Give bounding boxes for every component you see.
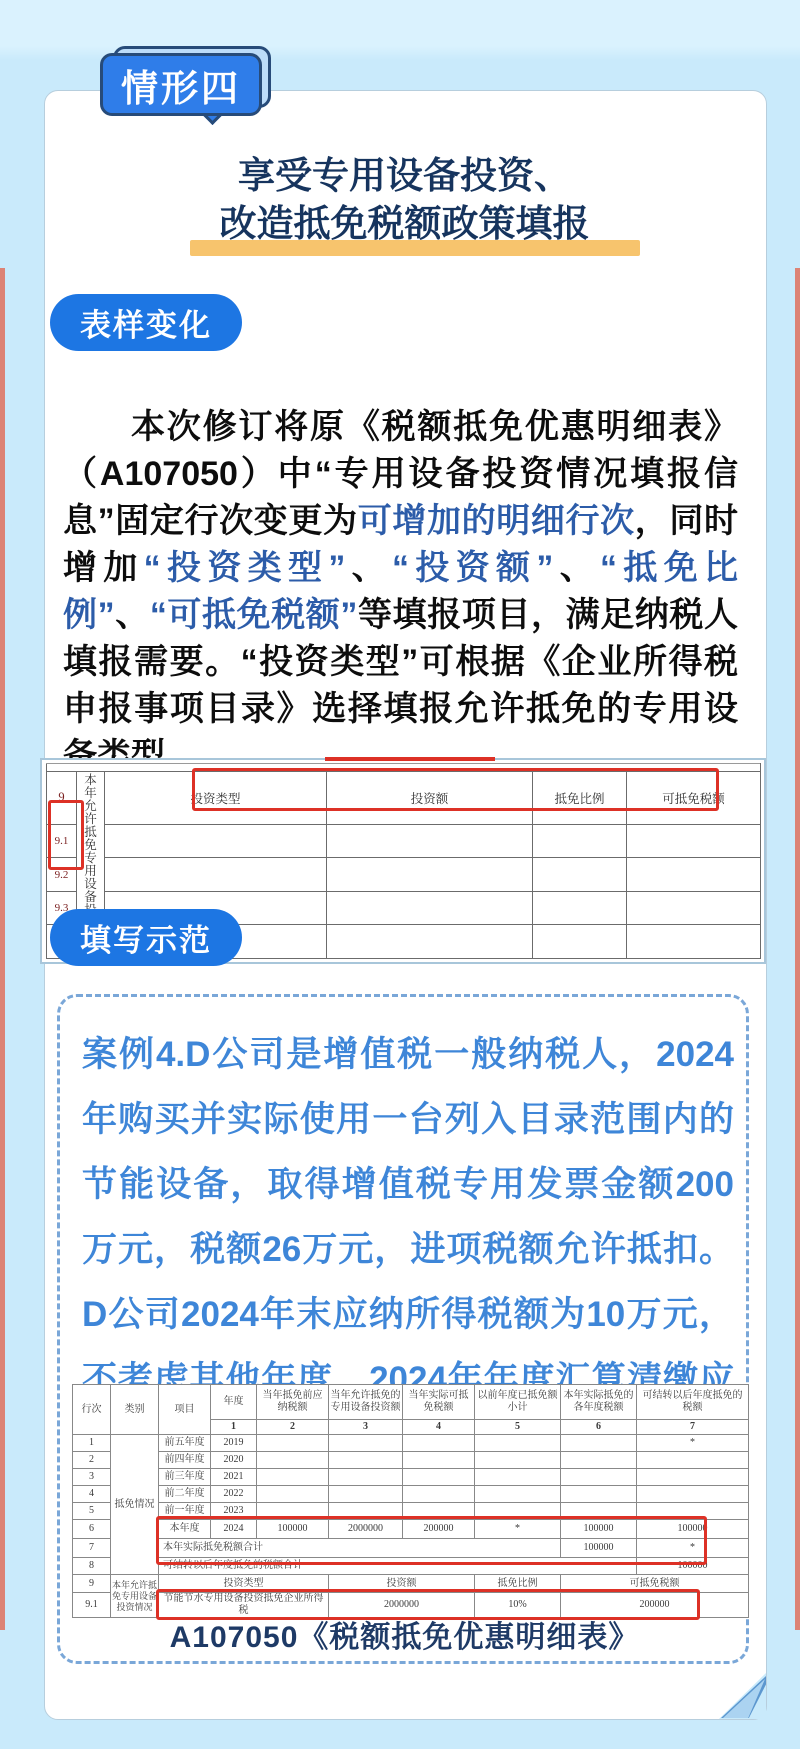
red-highlight-current-year-rows: [156, 1516, 707, 1565]
header-col6: 本年实际抵免的各年度税额: [561, 1385, 637, 1420]
overview-emphasis: “投资额”: [392, 549, 553, 587]
red-highlight-fragment: [325, 757, 495, 761]
value: [403, 1452, 475, 1469]
table-row-9-1: 9.1: [47, 824, 761, 858]
col-number: 2: [257, 1420, 329, 1435]
overview-emphasis: “可抵免税额”: [150, 596, 358, 634]
category-credit-status: 抵免情况: [111, 1435, 159, 1575]
year: 2021: [211, 1469, 257, 1486]
section-badge-layout-change: 表样变化: [50, 294, 242, 351]
empty-cell: [533, 858, 627, 892]
row-no: 1: [73, 1435, 111, 1452]
row-no: 7: [73, 1539, 111, 1558]
overview-emphasis: 可增加的明细行次: [358, 502, 635, 540]
table-row-4: 4 前二年度 2022: [73, 1486, 749, 1503]
header-col3: 当年允许抵免的专用设备投资额: [329, 1385, 403, 1420]
row-no: 8: [73, 1558, 111, 1575]
value: [329, 1435, 403, 1452]
value: [257, 1486, 329, 1503]
year: 2022: [211, 1486, 257, 1503]
header-col7: 可结转以后年度抵免的税额: [637, 1385, 749, 1420]
header-col4: 当年实际可抵免税额: [403, 1385, 475, 1420]
value: [561, 1469, 637, 1486]
value: [403, 1435, 475, 1452]
col-number: 1: [211, 1420, 257, 1435]
value: [475, 1435, 561, 1452]
empty-cell: [327, 824, 533, 858]
row-no: 3: [73, 1469, 111, 1486]
overview-paragraph: 本次修订将原《税额抵免优惠明细表》（A107050）中“专用设备投资情况填报信息…: [63, 404, 738, 780]
right-edge-marker: [795, 268, 800, 1630]
overview-text: 、: [553, 549, 600, 587]
page-title-line1: 享受专用设备投资、: [44, 152, 765, 200]
empty-cell: [533, 891, 627, 925]
red-highlight-row-numbers: [48, 800, 84, 870]
header-col5: 以前年度已抵免额小计: [475, 1385, 561, 1420]
table-row-1: 1 抵免情况 前五年度 2019 *: [73, 1435, 749, 1452]
header-row-no: 行次: [73, 1385, 111, 1435]
value: [329, 1469, 403, 1486]
value: *: [637, 1435, 749, 1452]
item: 前二年度: [159, 1486, 211, 1503]
header-item: 项目: [159, 1385, 211, 1435]
table-row-9-2: 9.2: [47, 858, 761, 892]
empty-cell: [105, 858, 327, 892]
table-a107050: 行次 类别 项目 年度 当年抵免前应纳税额 当年允许抵免的专用设备投资额 当年实…: [72, 1384, 749, 1618]
value: [475, 1452, 561, 1469]
value: [475, 1469, 561, 1486]
scenario-badge: 情形四: [100, 46, 280, 138]
page-title-line2: 改造抵免税额政策填报: [44, 200, 765, 248]
empty-cell: [627, 824, 761, 858]
value: [329, 1452, 403, 1469]
filled-form-table: 行次 类别 项目 年度 当年抵免前应纳税额 当年允许抵免的专用设备投资额 当年实…: [72, 1384, 748, 1618]
value: [637, 1486, 749, 1503]
item: 前五年度: [159, 1435, 211, 1452]
value: [637, 1469, 749, 1486]
value: [329, 1486, 403, 1503]
col-number: 4: [403, 1420, 475, 1435]
value: [257, 1469, 329, 1486]
value: [403, 1486, 475, 1503]
empty-cell: [105, 824, 327, 858]
overview-emphasis: “投资类型”: [144, 549, 346, 587]
empty-cell: [627, 858, 761, 892]
table-header-row: 行次 类别 项目 年度 当年抵免前应纳税额 当年允许抵免的专用设备投资额 当年实…: [73, 1385, 749, 1420]
year: 2019: [211, 1435, 257, 1452]
red-highlight-detail-row: [156, 1589, 700, 1620]
row-no: 6: [73, 1520, 111, 1539]
header-year: 年度: [211, 1385, 257, 1420]
table-row-3: 3 前三年度 2021: [73, 1469, 749, 1486]
empty-cell: [627, 925, 761, 959]
year: 2020: [211, 1452, 257, 1469]
col-number: 5: [475, 1420, 561, 1435]
value: [257, 1435, 329, 1452]
col-number: 3: [329, 1420, 403, 1435]
section-badge-example: 填写示范: [50, 909, 242, 966]
value: [561, 1435, 637, 1452]
value: [257, 1452, 329, 1469]
value: [475, 1486, 561, 1503]
empty-cell: [533, 925, 627, 959]
value: [561, 1452, 637, 1469]
table-row-2: 2 前四年度 2020: [73, 1452, 749, 1469]
col-number: 7: [637, 1420, 749, 1435]
row-no: 5: [73, 1503, 111, 1520]
header-col2: 当年抵免前应纳税额: [257, 1385, 329, 1420]
value: [403, 1469, 475, 1486]
red-highlight-headers: [192, 768, 719, 811]
empty-cell: [327, 858, 533, 892]
left-edge-marker: [0, 268, 5, 1630]
item: 前四年度: [159, 1452, 211, 1469]
item: 前三年度: [159, 1469, 211, 1486]
value: [561, 1486, 637, 1503]
value: [637, 1452, 749, 1469]
empty-cell: [327, 891, 533, 925]
col-number: 6: [561, 1420, 637, 1435]
overview-text: 、: [345, 549, 392, 587]
empty-cell: [327, 925, 533, 959]
infographic-page: 情形四 享受专用设备投资、 改造抵免税额政策填报 表样变化 本次修订将原《税额抵…: [0, 0, 800, 1749]
overview-text: 、: [115, 596, 150, 634]
header-category: 类别: [111, 1385, 159, 1435]
row-no: 2: [73, 1452, 111, 1469]
empty-cell: [627, 891, 761, 925]
row-no: 4: [73, 1486, 111, 1503]
empty-cell: [533, 824, 627, 858]
badge-label: 情形四: [100, 53, 262, 116]
row-no: 9: [73, 1575, 111, 1593]
